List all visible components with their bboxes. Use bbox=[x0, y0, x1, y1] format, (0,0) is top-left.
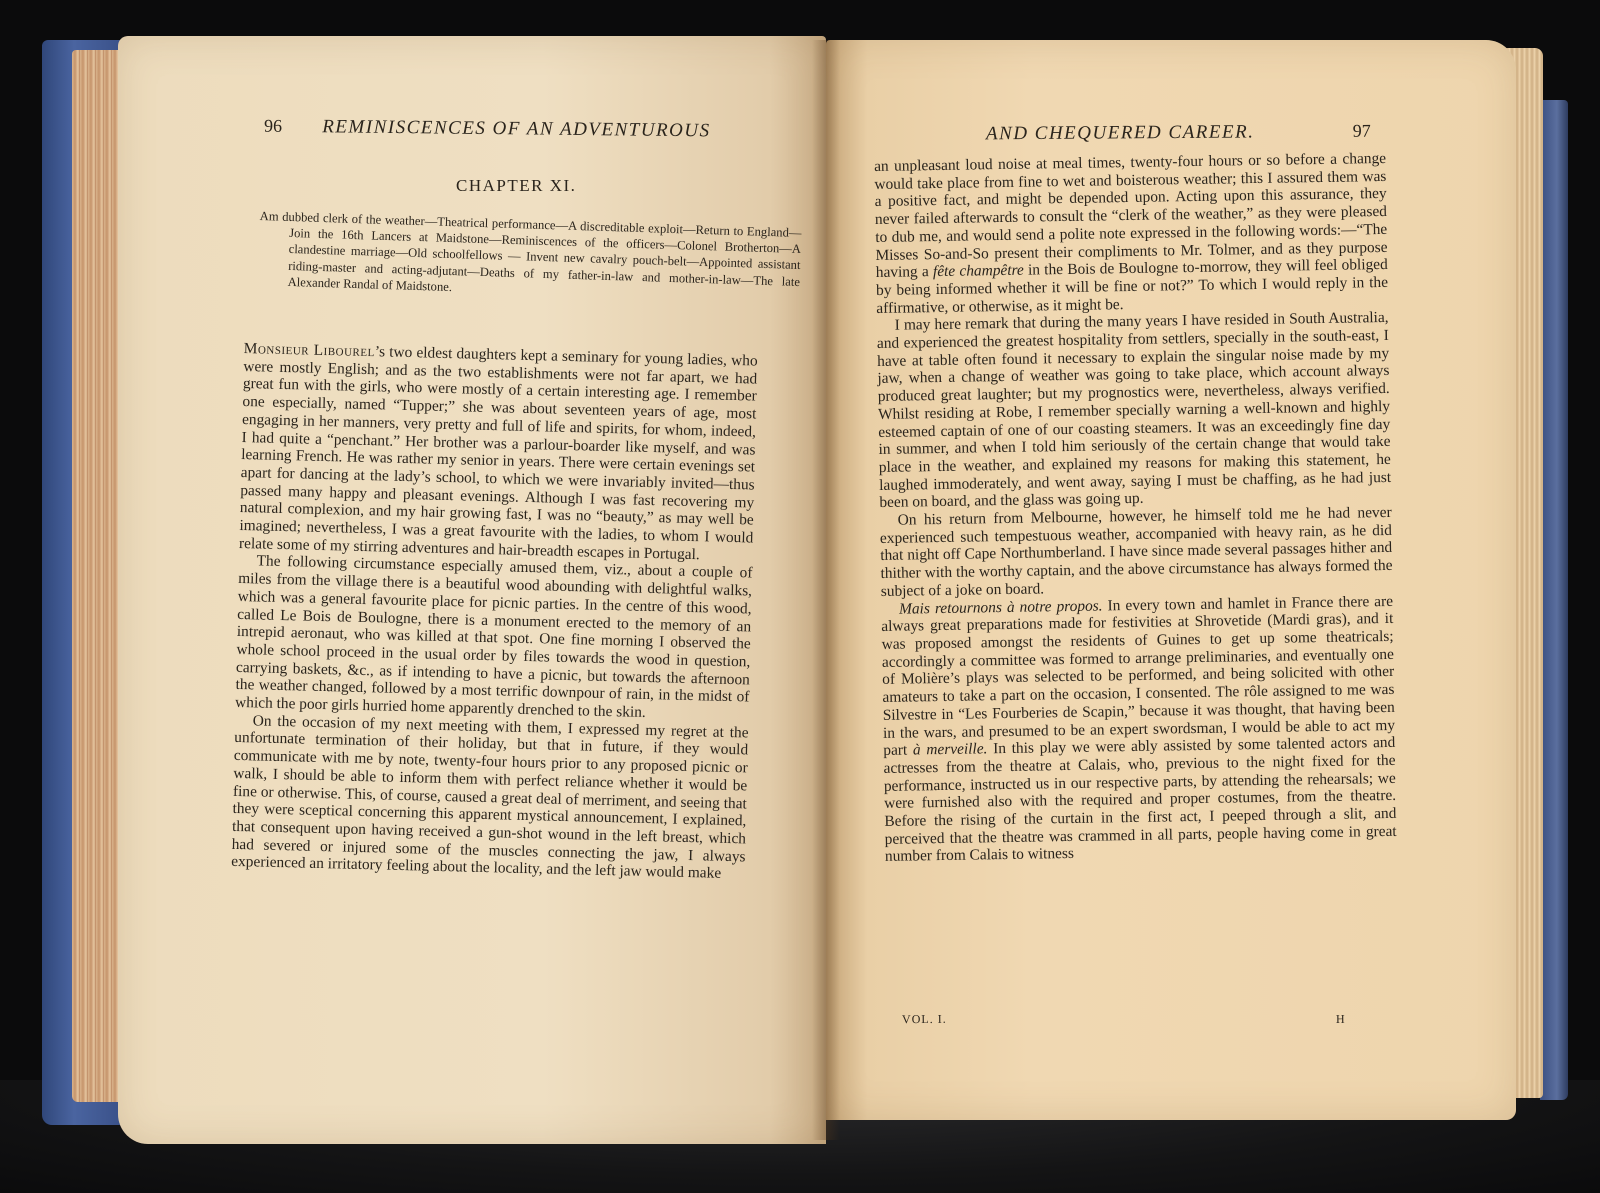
right-running-head: AND CHEQUERED CAREER. 97 bbox=[986, 121, 1371, 146]
gutter bbox=[812, 40, 840, 1140]
left-running-head: 96 REMINISCENCES OF AN ADVENTUROUS bbox=[264, 116, 711, 143]
page-number: 96 bbox=[264, 116, 282, 136]
chapter-synopsis: Am dubbed clerk of the weather—Theatrica… bbox=[257, 208, 801, 306]
paragraph: On his return from Melbourne, however, h… bbox=[880, 504, 1393, 601]
chapter-title: CHAPTER XI. bbox=[456, 176, 576, 196]
paragraph: The following circumstance especially am… bbox=[235, 552, 753, 724]
signature-mark: H bbox=[1336, 1012, 1346, 1027]
right-body-text: an unpleasant loud noise at meal times, … bbox=[874, 150, 1397, 866]
opening-smallcaps: Monsieur Libourel bbox=[244, 340, 375, 360]
running-head-title: AND CHEQUERED CAREER. bbox=[986, 121, 1255, 144]
left-page: 96 REMINISCENCES OF AN ADVENTUROUS CHAPT… bbox=[118, 36, 826, 1144]
paragraph: I may here remark that during the many y… bbox=[877, 309, 1392, 512]
running-head-title: REMINISCENCES OF AN ADVENTUROUS bbox=[322, 116, 711, 141]
signature-volume: VOL. I. bbox=[902, 1012, 947, 1027]
paragraph: Mais retournons à notre propos. In every… bbox=[881, 592, 1397, 866]
page-number: 97 bbox=[1353, 121, 1371, 141]
right-page: AND CHEQUERED CAREER. 97 an unpleasant l… bbox=[826, 40, 1516, 1120]
left-body-text: Monsieur Libourel’s two eldest daughters… bbox=[231, 340, 758, 883]
paragraph: Monsieur Libourel’s two eldest daughters… bbox=[239, 340, 758, 565]
book-cover-right bbox=[1540, 100, 1568, 1100]
paragraph: On the occasion of my next meeting with … bbox=[231, 712, 749, 884]
paragraph: an unpleasant loud noise at meal times, … bbox=[874, 150, 1388, 317]
